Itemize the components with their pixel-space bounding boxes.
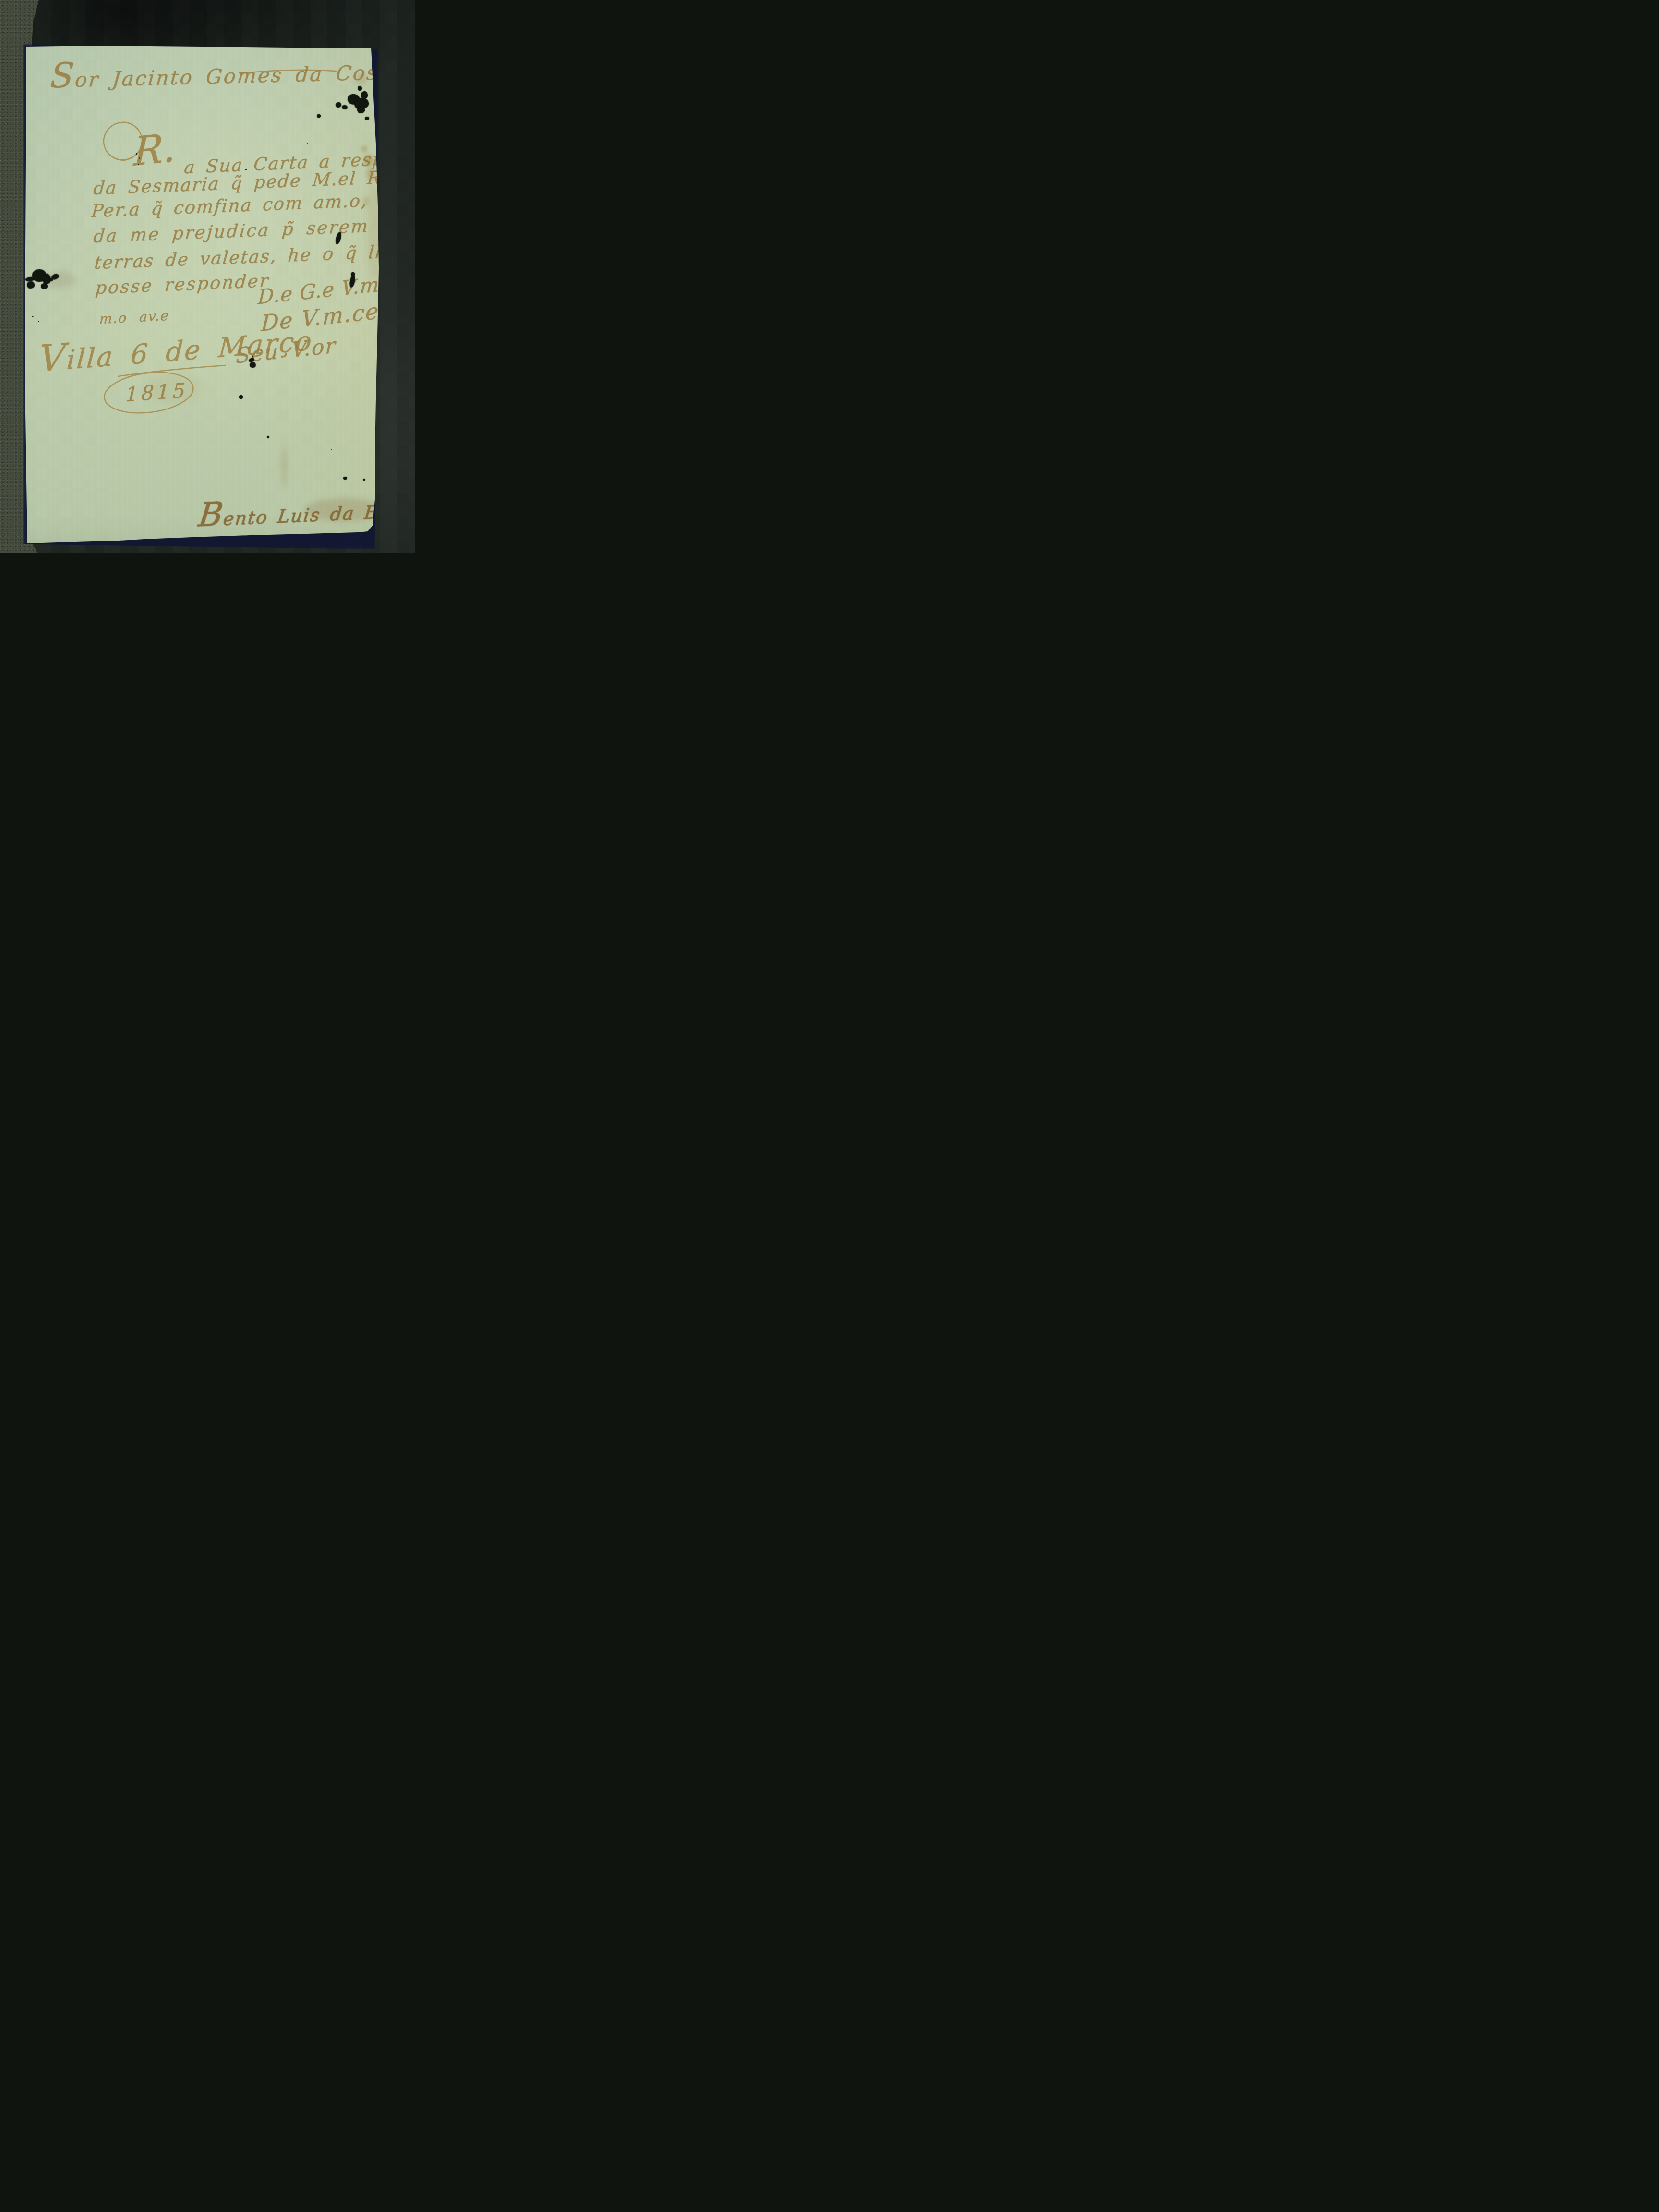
paper-stain: [305, 498, 382, 521]
closing-left-note: m.o av.e: [99, 309, 170, 326]
ink-speck: [32, 316, 34, 317]
ink-blot: [358, 86, 362, 91]
ink-speck: [38, 321, 39, 322]
ink-speck: [307, 143, 308, 144]
ink-speck: [252, 355, 253, 358]
body-line-6: posse responder: [95, 272, 270, 297]
opening-initial: R.: [133, 128, 176, 172]
ink-blot: [239, 395, 243, 399]
ink-blot: [267, 436, 269, 438]
recipient-line: Sor Jacinto Gomes da Costa: [49, 50, 403, 93]
body-line-5: terras de valetas, he o q̃ lhe: [94, 242, 400, 272]
ink-blot: [357, 107, 365, 113]
ink-speck: [138, 164, 139, 165]
paper-stain: [144, 374, 202, 403]
letter-paper: Sor Jacinto Gomes da Costa R. a Sua Cart…: [0, 0, 415, 553]
paper-stain: [280, 445, 288, 486]
ink-blot: [335, 102, 342, 108]
ink-speck: [136, 153, 137, 155]
ink-blot: [317, 114, 321, 118]
paper-stain: [361, 145, 368, 153]
ink-speck: [139, 157, 140, 159]
ink-blot: [341, 105, 348, 110]
paper-stain: [356, 73, 367, 85]
ink-blot: [26, 281, 35, 289]
ink-speck: [331, 449, 332, 450]
photo-stage: Sor Jacinto Gomes da Costa R. a Sua Cart…: [0, 0, 415, 553]
ink-blot: [363, 479, 365, 481]
ink-blot: [361, 91, 368, 99]
ink-blot: [365, 117, 369, 120]
ink-blot: [343, 477, 347, 480]
ink-blot: [49, 278, 53, 281]
ink-speck: [245, 169, 247, 170]
body-line-4: da me prejudica p̃ serem: [93, 217, 370, 245]
ink-blot: [41, 283, 48, 289]
paper-stain: [364, 155, 373, 166]
paper-stain: [367, 167, 374, 180]
ink-blot: [351, 272, 355, 276]
